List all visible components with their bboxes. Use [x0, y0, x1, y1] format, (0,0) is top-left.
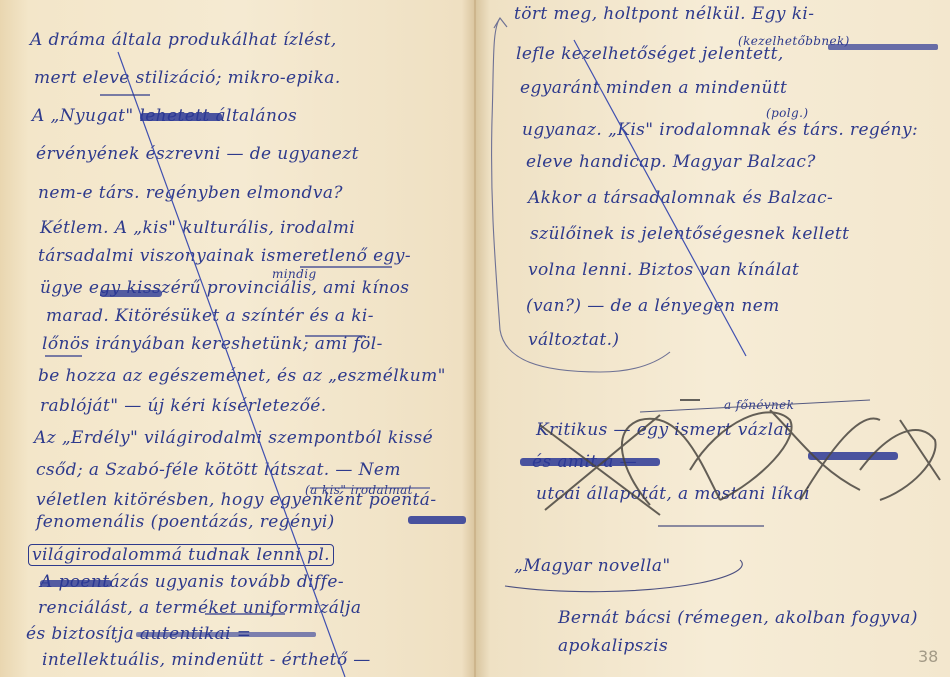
right-line-10: változtat.) [528, 330, 619, 350]
left-line-21: intellektuális, mindenütt - érthető — [42, 650, 371, 670]
manuscript-spread: A dráma általa produkálhat ízlést, mert … [0, 0, 950, 677]
boxed-phrase: világirodalommá tudnak lenni pl. [28, 544, 334, 566]
left-line-2: mert eleve stilizáció; mikro-epika. [34, 68, 341, 88]
left-line-17: világirodalommá tudnak lenni pl. [28, 545, 334, 565]
right-line-3: egyaránt minden a mindenütt [520, 78, 787, 98]
left-line-5: nem-e társ. regényben elmondva? [38, 183, 343, 203]
right-line-8: volna lenni. Biztos van kínálat [528, 260, 799, 280]
left-line-11: be hozza az egészeménet, és az „eszmélku… [38, 366, 446, 386]
interlinear-note-2: (a kis" irodalmat [305, 483, 413, 497]
right-interlinear-2: (polg.) [766, 106, 808, 120]
left-line-1: A dráma általa produkálhat ízlést, [30, 30, 337, 50]
crossed-line-1: Kritikus — egy ismert vázlat [536, 420, 791, 440]
right-line-9: (van?) — de a lényegen nem [526, 296, 780, 316]
left-line-4: érvényének észrevni — de ugyanezt [36, 144, 359, 164]
right-line-6: Akkor a társadalomnak és Balzac- [528, 188, 833, 208]
left-line-3: A „Nyugat" lehetett általános [32, 106, 297, 126]
right-page: tört meg, holtpont nélkül. Egy ki- (keze… [476, 0, 950, 677]
page-number: 38 [918, 647, 938, 666]
interlinear-note-1: mindig [272, 267, 317, 281]
left-line-8: ügye egy kisszérű provinciális, ami kíno… [40, 278, 409, 298]
left-line-6: Kétlem. A „kis" kulturális, irodalmi [40, 218, 355, 238]
entry-line-1: Bernát bácsi (rémegen, akolban fogyva) [558, 608, 918, 628]
right-line-2: lefle kezelhetőséget jelentett, [516, 44, 784, 64]
left-line-14: csőd; a Szabó-féle kötött látszat. — Nem [36, 460, 401, 480]
right-line-7: szülőinek is jelentőségesnek kellett [530, 224, 849, 244]
left-line-10: lőnös irányában kereshetünk; ami föl- [42, 334, 383, 354]
left-line-12: rablóját" — új kéri kísérletezőé. [40, 396, 327, 416]
crossed-note: a főnévnek [724, 398, 794, 412]
left-line-9: marad. Kitörésüket a színtér és a ki- [46, 306, 374, 326]
right-line-5: eleve handicap. Magyar Balzac? [526, 152, 816, 172]
right-line-4: ugyanaz. „Kis" irodalomnak és társ. regé… [522, 120, 918, 140]
section-heading: „Magyar novella" [514, 556, 671, 576]
left-line-19: renciálást, a terméket uniformizálja [38, 598, 361, 618]
right-line-1: tört meg, holtpont nélkül. Egy ki- [514, 4, 814, 24]
entry-line-2: apokalipszis [558, 636, 668, 656]
left-line-13: Az „Erdély" világirodalmi szempontból ki… [34, 428, 433, 448]
left-line-7: társadalmi viszonyainak ismeretlenő egy- [38, 246, 411, 266]
crossed-line-3: utcai állapotát, a mostani líkai [536, 484, 810, 504]
left-line-16: fenomenális (poentázás, regényi) [36, 512, 335, 532]
crossed-line-2: és amit a — [532, 452, 637, 472]
left-line-20: és biztosítja autentikai = [26, 624, 251, 644]
left-line-18: A poentázás ugyanis tovább diffe- [40, 572, 344, 592]
left-page: A dráma általa produkálhat ízlést, mert … [0, 0, 476, 677]
